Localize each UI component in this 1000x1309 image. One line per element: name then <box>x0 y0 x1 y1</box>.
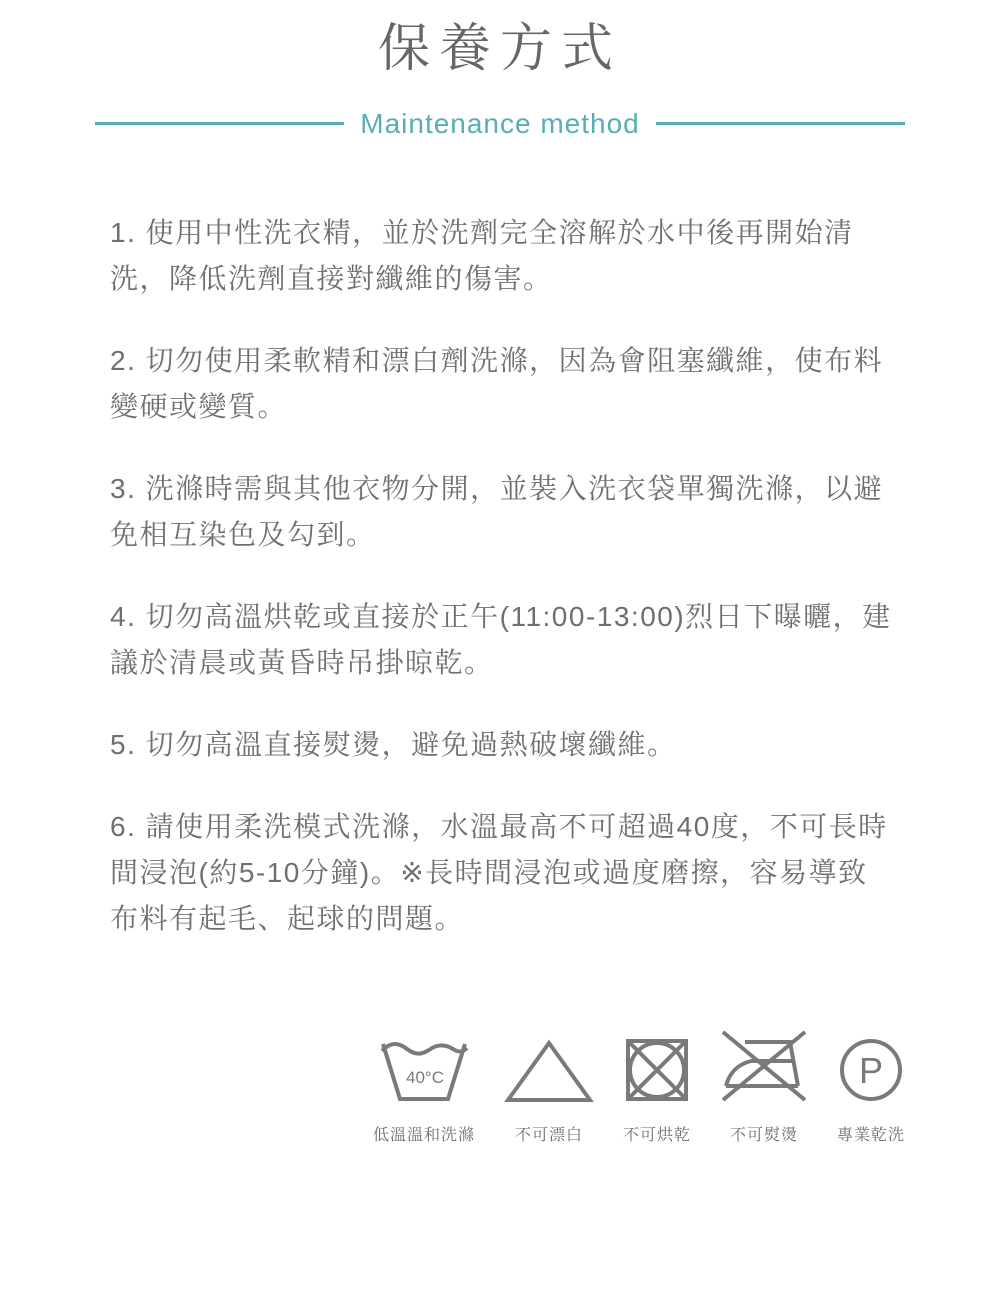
care-label-no-tumble-dry: 不可烘乾 <box>623 1122 691 1145</box>
care-symbols-row: 40°C 低溫溫和洗滌 不可漂白 不可烘乾 <box>0 1032 1000 1145</box>
instruction-item-2: 2. 切勿使用柔軟精和漂白劑洗滌，因為會阻塞纖維，使布料變硬或變質。 <box>110 338 895 430</box>
instruction-item-5: 5. 切勿高溫直接熨燙，避免過熱破壞纖維。 <box>110 722 895 768</box>
care-label-no-bleach: 不可漂白 <box>515 1122 583 1145</box>
care-item-wash: 40°C 低溫溫和洗滌 <box>373 1032 475 1145</box>
care-item-no-iron: 不可熨燙 <box>719 1032 809 1145</box>
no-iron-icon <box>719 1032 809 1104</box>
care-label-dry-clean: 專業乾洗 <box>837 1122 905 1145</box>
no-tumble-dry-icon <box>623 1032 691 1104</box>
care-label-no-iron: 不可熨燙 <box>730 1122 798 1145</box>
page-header: 保養方式 Maintenance method <box>0 0 1000 140</box>
care-item-no-tumble-dry: 不可烘乾 <box>623 1032 691 1145</box>
care-label-wash: 低溫溫和洗滌 <box>373 1122 475 1145</box>
care-item-dry-clean: P 專業乾洗 <box>837 1032 905 1145</box>
wash-40c-icon: 40°C <box>378 1032 470 1104</box>
dry-clean-icon: P <box>837 1032 905 1104</box>
divider-line-left <box>95 122 344 125</box>
divider-line-right <box>656 122 905 125</box>
care-item-no-bleach: 不可漂白 <box>503 1032 595 1145</box>
instruction-item-6: 6. 請使用柔洗模式洗滌，水溫最高不可超過40度，不可長時間浸泡(約5-10分鐘… <box>110 804 895 942</box>
page-subtitle: Maintenance method <box>360 108 640 140</box>
instruction-item-4: 4. 切勿高溫烘乾或直接於正午(11:00-13:00)烈日下曝曬，建議於清晨或… <box>110 594 895 686</box>
svg-text:P: P <box>859 1050 883 1091</box>
page-title: 保養方式 <box>0 16 1000 84</box>
care-instructions-page: 保養方式 Maintenance method 1. 使用中性洗衣精，並於洗劑完… <box>0 0 1000 1309</box>
no-bleach-icon <box>503 1032 595 1104</box>
svg-text:40°C: 40°C <box>406 1068 444 1087</box>
instruction-item-1: 1. 使用中性洗衣精，並於洗劑完全溶解於水中後再開始清洗，降低洗劑直接對纖維的傷… <box>110 210 895 302</box>
instructions-list: 1. 使用中性洗衣精，並於洗劑完全溶解於水中後再開始清洗，降低洗劑直接對纖維的傷… <box>0 140 1000 942</box>
subtitle-divider: Maintenance method <box>95 108 905 140</box>
instruction-item-3: 3. 洗滌時需與其他衣物分開，並裝入洗衣袋單獨洗滌，以避免相互染色及勾到。 <box>110 466 895 558</box>
